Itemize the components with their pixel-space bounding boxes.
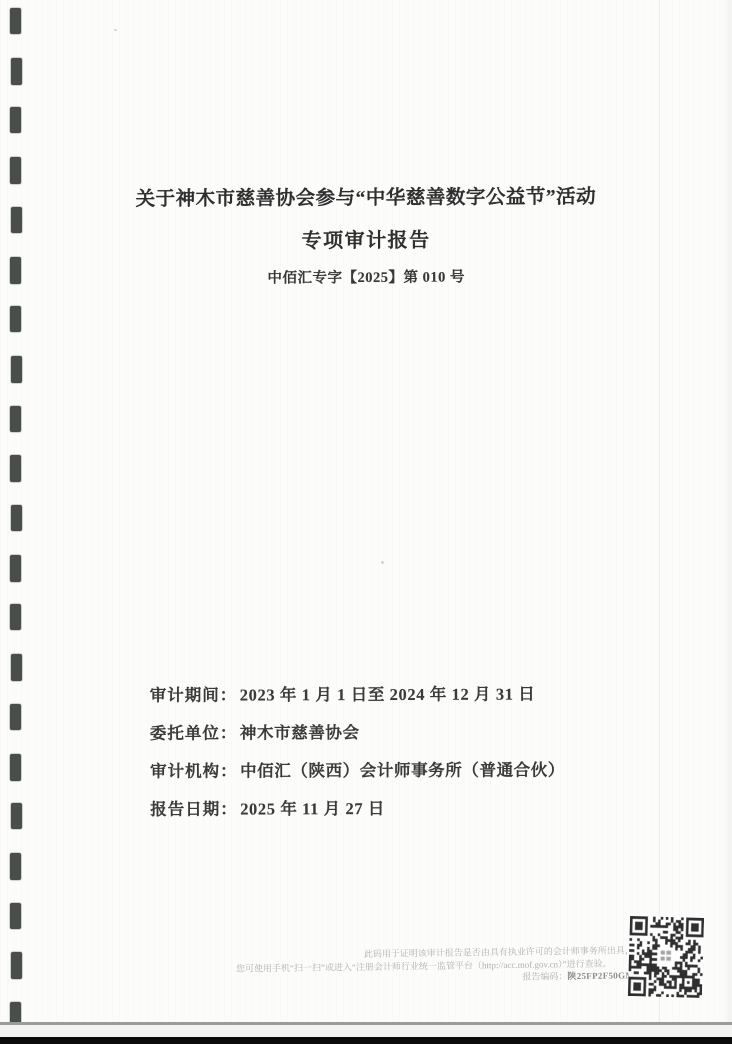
title-block: 关于神木市慈善协会参与“中华慈善数字公益节”活动 专项审计报告 中佰汇专字【20… [0, 180, 732, 289]
binding-hole-mark [10, 306, 21, 332]
field-value-audit-period: 2023 年 1 月 1 日至 2024 年 12 月 31 日 [240, 680, 536, 705]
binding-hole-mark [10, 8, 21, 34]
field-label-audit-period: 审计期间： [150, 682, 238, 706]
field-label-client: 委托单位： [150, 720, 238, 744]
binding-hole-mark [11, 505, 22, 531]
scan-speck [114, 29, 117, 31]
document-title-line1: 关于神木市慈善协会参与“中华慈善数字公益节”活动 [0, 180, 732, 212]
binding-hole-mark [10, 903, 21, 929]
binding-hole-mark [10, 406, 21, 432]
document-title-line2: 专项审计报告 [0, 222, 732, 255]
scanned-document-page: 关于神木市慈善协会参与“中华慈善数字公益节”活动 专项审计报告 中佰汇专字【20… [0, 0, 732, 1044]
scan-fold-line [659, 0, 660, 1022]
report-info-fields: 审计期间： 2023 年 1 月 1 日至 2024 年 12 月 31 日 委… [150, 680, 631, 834]
binding-hole-mark [10, 455, 21, 482]
binding-hole-mark [10, 555, 21, 582]
scanner-background [0, 1025, 732, 1037]
report-code-label: 报告编码： [522, 971, 567, 982]
binding-hole-mark [10, 157, 21, 184]
binding-hole-mark [11, 58, 22, 85]
binding-hole-mark [11, 654, 22, 681]
field-value-client: 神木市慈善协会 [240, 719, 360, 743]
binding-hole-mark [10, 107, 21, 133]
report-code-value: 陕25FP2F50GM [567, 970, 634, 981]
binding-hole-mark [11, 356, 22, 383]
document-number: 中佰汇专字【2025】第 010 号 [0, 264, 732, 289]
field-client: 委托单位： 神木市慈善协会 [150, 718, 630, 758]
field-value-report-date: 2025 年 11 月 27 日 [240, 795, 385, 820]
field-audit-period: 审计期间： 2023 年 1 月 1 日至 2024 年 12 月 31 日 [150, 680, 630, 720]
binding-hole-mark [10, 754, 21, 781]
binding-hole-mark [11, 803, 22, 829]
field-report-date: 报告日期： 2025 年 11 月 27 日 [150, 794, 630, 834]
field-value-audit-firm: 中佰汇（陕西）会计师事务所（普通合伙） [240, 756, 565, 781]
binding-hole-mark [10, 853, 21, 880]
paper-right-edge-shade [722, 0, 732, 1022]
field-audit-firm: 审计机构： 中佰汇（陕西）会计师事务所（普通合伙） [150, 756, 630, 796]
field-label-report-date: 报告日期： [150, 796, 238, 820]
binding-hole-mark [11, 952, 22, 979]
verification-qr-code-icon [628, 916, 704, 998]
binding-hole-mark [10, 704, 21, 730]
scan-black-band [0, 1037, 732, 1044]
scan-speck [381, 561, 384, 564]
verification-note: 此码用于证明该审计报告是否由具有执业许可的会计师事务所出具， 您可使用手机“扫一… [236, 944, 634, 987]
binding-hole-mark [10, 604, 21, 630]
field-label-audit-firm: 审计机构： [150, 758, 238, 782]
